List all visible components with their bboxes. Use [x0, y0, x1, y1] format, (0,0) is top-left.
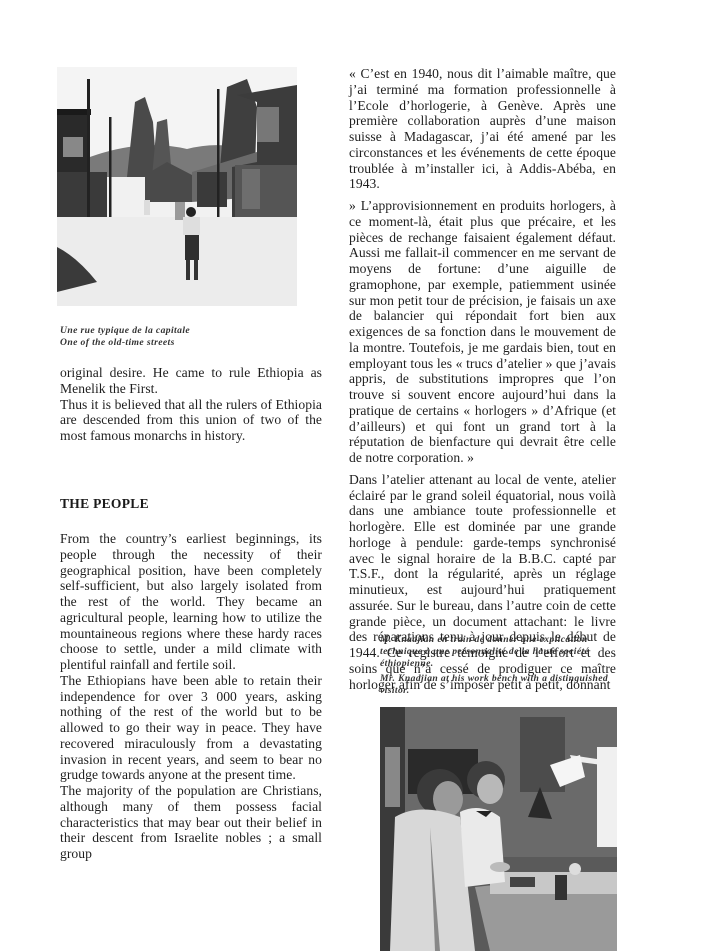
paragraph: From the country’s earliest beginnings, … — [60, 531, 322, 673]
caption-english: One of the old-time streets — [60, 337, 310, 349]
paragraph: « C’est en 1940, nous dit l’aimable maît… — [349, 66, 616, 192]
paragraph: original desire. He came to rule Ethiopi… — [60, 365, 322, 397]
caption-english: Mr. Knadjian at his work bench with a di… — [380, 673, 617, 697]
paragraph: The majority of the population are Chris… — [60, 783, 322, 862]
paragraph: » L’approvisionnement en produits horlog… — [349, 198, 616, 466]
caption-french: Une rue typique de la capitale — [60, 325, 310, 337]
paragraph: Thus it is believed that all the rulers … — [60, 397, 322, 444]
watchmaker-workbench-photo — [380, 707, 617, 951]
section-heading-the-people: THE PEOPLE — [60, 496, 149, 512]
left-column-intro-text: original desire. He came to rule Ethiopi… — [60, 365, 322, 444]
workbench-image — [380, 707, 617, 951]
street-photo-caption: Une rue typique de la capitale One of th… — [60, 325, 310, 349]
paragraph: The Ethiopians have been able to retain … — [60, 673, 322, 783]
street-scene-image — [57, 67, 297, 306]
caption-french: M. Knadjian en train de donner une expli… — [380, 634, 617, 670]
street-scene-photo — [57, 67, 297, 306]
left-column-people-text: From the country’s earliest beginnings, … — [60, 531, 322, 862]
workbench-photo-caption: M. Knadjian en train de donner une expli… — [380, 634, 617, 697]
right-column-text: « C’est en 1940, nous dit l’aimable maît… — [349, 66, 616, 692]
